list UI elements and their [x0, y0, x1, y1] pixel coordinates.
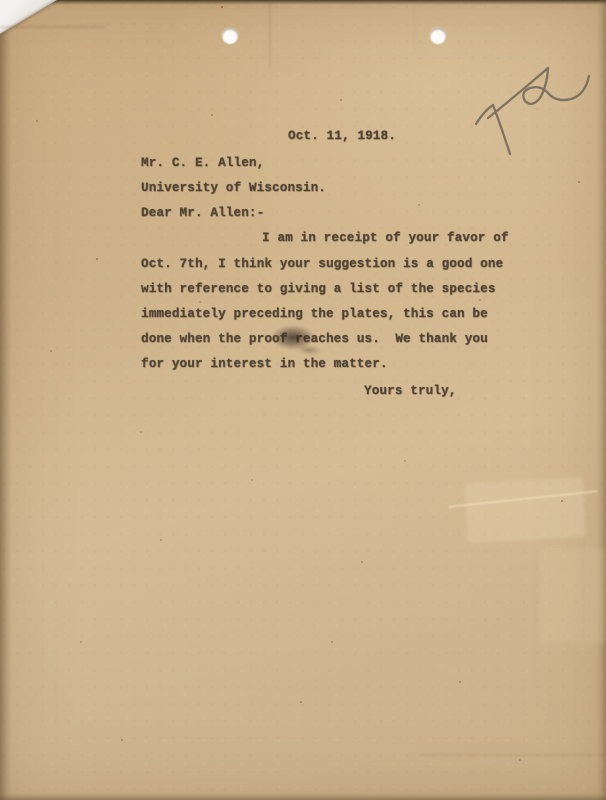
paper-speckles	[0, 0, 2, 2]
body-line-3: with reference to giving a list of the s…	[141, 282, 496, 296]
body-line-6: for your interest in the matter.	[141, 357, 388, 371]
recipient-org-line: University of Wisconsin.	[141, 181, 326, 195]
date-line: Oct. 11, 1918.	[288, 129, 396, 143]
closing-line: Yours truly,	[364, 384, 457, 398]
punch-hole-right	[430, 28, 446, 44]
punch-hole-left	[222, 28, 238, 44]
salutation-line: Dear Mr. Allen:-	[141, 206, 264, 220]
corner-crease-line	[0, 26, 105, 28]
tape-residue-patch	[465, 477, 586, 543]
fold-crease-top-1	[269, 0, 271, 68]
page-bottom-edge	[0, 793, 606, 800]
pencil-stroke-drawing	[468, 56, 602, 158]
body-line-1: I am in receipt of your favor of	[262, 231, 509, 245]
body-line-4: immediately preceding the plates, this c…	[141, 307, 488, 321]
page-left-edge	[0, 0, 12, 800]
tape-residue-patch-lower	[540, 548, 606, 643]
fold-crease-top-2	[414, 0, 415, 52]
recipient-name-line: Mr. C. E. Allen,	[141, 156, 264, 170]
handwritten-annotation-7d	[468, 56, 602, 158]
body-line-2: Oct. 7th, I think your suggestion is a g…	[141, 257, 503, 271]
page-top-edge	[0, 0, 606, 5]
fold-crease-bottom	[420, 754, 606, 756]
scanned-letter-page: Oct. 11, 1918. Mr. C. E. Allen, Universi…	[0, 0, 606, 800]
